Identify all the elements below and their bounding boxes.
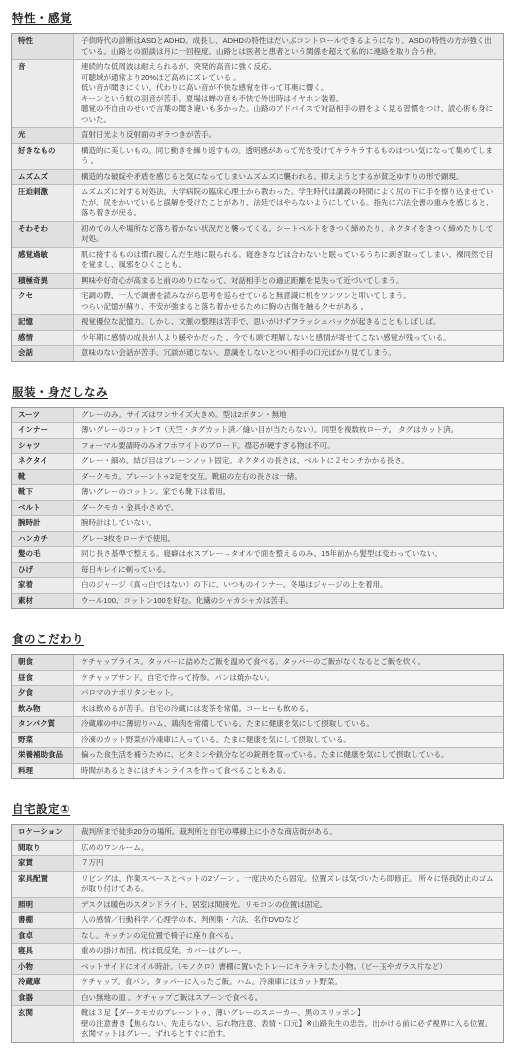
table-row: 特性 子供時代の診断はASDとADHD。成長し、ADHDの特性はだいぶコントロー… — [12, 34, 503, 59]
table-row: ロケーション 裁判所まで徒歩20分の場所。裁判所と自宅の導線上に小さな商店街があ… — [12, 825, 503, 840]
content-line: つらい記憶が蘇り、不安が強まると落ち着かせるために胸の古傷を触るクセがある 。 — [81, 302, 497, 313]
row-label: 飲み物 — [12, 702, 74, 717]
row-value: 水は飲めるが苦手。自宅の冷蔵には麦茶を常備。コーヒーも飲める。 — [74, 702, 503, 717]
row-value: ウール100、コットン100を好む。化繊のシャカシャカは苦手。 — [74, 594, 503, 609]
content-line: 広めのワンルーム。 — [81, 843, 497, 854]
table-row: スーツ グレーのみ。サイズはワンサイズ大きめ。型は2ボタン・無地 — [12, 408, 503, 423]
table-row: 光 直射日光より反射面のギラつきが苦手。 — [12, 127, 503, 143]
row-value: 薄いグレーのコットン。家でも靴下は着用。 — [74, 485, 503, 500]
table-row: 昼食 ケチャップサンド。自宅で作って持参。パンは焼かない。 — [12, 670, 503, 686]
attribute-table: 朝食 ケチャップライス。タッパーに詰めたご飯を温めて食べる。タッパーのご飯がなく… — [11, 654, 504, 779]
row-label: ロケーション — [12, 825, 74, 840]
table-row: ムズムズ 構造的な破綻や矛盾を感じると気になってしまいムズムズに襲われる。抑えよ… — [12, 169, 503, 185]
content-line: 偏った食生活を補うために、ビタミンや鉄分などの錠剤を買っている。たまに健康を気に… — [81, 750, 497, 761]
row-value: 重めの掛け布団。枕は低反発。カバーはグレー。 — [74, 944, 503, 959]
row-value: 少年期に感情の成長が人より緩やかだった 。今でも頭で理解しないと感情が寄せてこな… — [74, 331, 503, 346]
table-row: 料理 時間があるときにはチキンライスを作って食べることもある。 — [12, 763, 503, 779]
content-line: ケチャップサンド。自宅で作って持参。パンは焼かない。 — [81, 673, 497, 684]
content-line: 可聴域が通常より20%ほど高めにズレている 。 — [81, 73, 497, 84]
content-line: 初めての人や場所など落ち着かない状況だと襲ってくる。シートベルトをきつく締めたり… — [81, 224, 497, 245]
row-value: 毎日キレイに剃っている。 — [74, 563, 503, 578]
row-value: ベットサイドにオイル時計。（モノクロ）書棚に置いたトレーにキラキラした小物。（ビ… — [74, 960, 503, 975]
table-row: 靴 ダークモカ。プレーントゥ2足を交互。靴紐の左右の長さは一緒。 — [12, 469, 503, 485]
table-row: 小物 ベットサイドにオイル時計。（モノクロ）書棚に置いたトレーにキラキラした小物… — [12, 959, 503, 975]
row-label: 野菜 — [12, 733, 74, 748]
row-label: ネクタイ — [12, 454, 74, 469]
table-row: 照明 デスクは暖色のスタンドライト、居室は間接光。リモコンの位置は固定。 — [12, 897, 503, 913]
row-label: クセ — [12, 289, 74, 314]
row-value: 冷蔵庫の中に薄切りハム、鶏肉を常備している。たまに健康を気にして摂取している。 — [74, 717, 503, 732]
row-value: 構造的な破綻や矛盾を感じると気になってしまいムズムズに襲われる。抑えようとするが… — [74, 170, 503, 185]
row-label: インナー — [12, 423, 74, 438]
row-value: 白い無地の皿 。ケチャップご飯はスプーンで食べる。 — [74, 991, 503, 1006]
content-line: 壁の注意書き【焦らない、先走らない、忘れ物注意、表情・口元】※山路先生の忠告。出… — [81, 1019, 497, 1030]
table-row: 家具配置 リビングは、作業スペースとベットの2ゾーン 。一度決めたら固定。位置ズ… — [12, 871, 503, 897]
row-value: 白のジャージ（真っ白ではない）の下に、いつものインナー。冬場はジャージの上を着用… — [74, 578, 503, 593]
row-value: 肌に接するものは慣れ親しんだ生地に限られる。寝巻きなどは合わないと眠っているうち… — [74, 248, 503, 273]
row-value: 子供時代の診断はASDとADHD。成長し、ADHDの特性はだいぶコントロールでき… — [74, 34, 503, 59]
row-label: 小物 — [12, 960, 74, 975]
row-value: 興味や好奇心が高まると前のめりになって、対話相手との適正距離を見失って近づいてし… — [74, 274, 503, 289]
content-line: ムズムズに対する対処法。大学病院の臨床心理士から教わった。学生時代は講義の時間に… — [81, 187, 497, 219]
content-line: ケチャップライス。タッパーに詰めたご飯を温めて食べる。タッパーのご飯がなくなると… — [81, 657, 497, 668]
row-label: 髪の毛 — [12, 547, 74, 562]
row-label: 会話 — [12, 346, 74, 361]
table-row: 朝食 ケチャップライス。タッパーに詰めたご飯を温めて食べる。タッパーのご飯がなく… — [12, 655, 503, 670]
content-line: 薄いグレーのコットン。家でも靴下は着用。 — [81, 487, 497, 498]
row-value: フォーマル要請時のみオフホワイトのブロード。襟芯が硬すぎる物は不可。 — [74, 439, 503, 454]
row-value: なし。キッチンの定位置で椅子に座り食べる。 — [74, 929, 503, 944]
row-label: ムズムズ — [12, 170, 74, 185]
row-label: 照明 — [12, 898, 74, 913]
content-line: 直射日光より反射面のギラつきが苦手。 — [81, 130, 497, 141]
row-label: 素材 — [12, 594, 74, 609]
row-value: 広めのワンルーム。 — [74, 841, 503, 856]
content-line: 重めの掛け布団。枕は低反発。カバーはグレー。 — [81, 946, 497, 957]
content-line: なし。キッチンの定位置で椅子に座り食べる。 — [81, 931, 497, 942]
row-value: 人の感情／行動科学／心理学の本、判例集・六法、名作DVDなど — [74, 913, 503, 928]
sheet-section: 自宅設定① ロケーション 裁判所まで徒歩20分の場所。裁判所と自宅の導線上に小さ… — [11, 801, 504, 1043]
row-label: タンパク質 — [12, 717, 74, 732]
content-line: 腕時計はしていない。 — [81, 518, 497, 529]
row-label: 家具配置 — [12, 872, 74, 897]
content-line: ベットサイドにオイル時計。（モノクロ）書棚に置いたトレーにキラキラした小物。（ビ… — [81, 962, 497, 973]
row-value: ムズムズに対する対処法。大学病院の臨床心理士から教わった。学生時代は講義の時間に… — [74, 185, 503, 221]
table-row: 家着 白のジャージ（真っ白ではない）の下に、いつものインナー。冬場はジャージの上… — [12, 577, 503, 593]
row-label: 家着 — [12, 578, 74, 593]
table-row: ひげ 毎日キレイに剃っている。 — [12, 562, 503, 578]
table-row: ベルト ダークモカ・金具小さめで。 — [12, 500, 503, 516]
row-value: 同じ長さ基準で整える。寝癖は水スプレー→タオルで面を整えるのみ。15年前から髪型… — [74, 547, 503, 562]
row-label: 音 — [12, 60, 74, 127]
sheet-section: 食のこだわり 朝食 ケチャップライス。タッパーに詰めたご飯を温めて食べる。タッパ… — [11, 631, 504, 779]
content-line: 意味のない会話が苦手。冗談が通じない。意識をしないとつい相手の口元ばかり見てしま… — [81, 348, 497, 359]
table-row: 感情 少年期に感情の成長が人より緩やかだった 。今でも頭で理解しないと感情が寄せ… — [12, 330, 503, 346]
row-label: そわそわ — [12, 222, 74, 247]
content-line: 構造的に美しいもの。同じ動きを繰り返すもの。透明感があって光を受けてキラキラする… — [81, 146, 497, 167]
row-value: ダークモカ。プレーントゥ2足を交互。靴紐の左右の長さは一緒。 — [74, 470, 503, 485]
table-row: インナー 薄いグレーのコットンT（天竺・タグカット済／縫い目が当たらない）。同型… — [12, 422, 503, 438]
content-line: 宅調の際、一人で調書を読みながら思考を巡らせていると無意識に机をツンツンと叩いて… — [81, 291, 497, 302]
row-value: ケチャップサンド。自宅で作って持参。パンは焼かない。 — [74, 671, 503, 686]
content-line: グレーのみ。サイズはワンサイズ大きめ。型は2ボタン・無地 — [81, 410, 497, 421]
row-label: 靴 — [12, 470, 74, 485]
row-label: 料理 — [12, 764, 74, 779]
row-label: 特性 — [12, 34, 74, 59]
row-value: 宅調の際、一人で調書を読みながら思考を巡らせていると無意識に机をツンツンと叩いて… — [74, 289, 503, 314]
row-label: 積極奇異 — [12, 274, 74, 289]
table-row: 冷蔵庫 ケチャップ。食パン。タッパーに入ったご飯。ハム。冷凍庫にはカット野菜。 — [12, 974, 503, 990]
row-label: ハンカチ — [12, 532, 74, 547]
table-row: 食卓 なし。キッチンの定位置で椅子に座り食べる。 — [12, 928, 503, 944]
row-label: 朝食 — [12, 655, 74, 670]
table-row: 音 連続的な低周波は耐えられるが、突発的高音に強く反応。可聴域が通常より20%ほ… — [12, 59, 503, 127]
content-line: 興味や好奇心が高まると前のめりになって、対話相手との適正距離を見失って近づいてし… — [81, 276, 497, 287]
content-line: 少年期に感情の成長が人より緩やかだった 。今でも頭で理解しないと感情が寄せてこな… — [81, 333, 497, 344]
row-value: リビングは、作業スペースとベットの2ゾーン 。一度決めたら固定。位置ズレは気づい… — [74, 872, 503, 897]
content-line: 靴は３足【ダークモカのプレーントゥ、薄いグレーのスニーカー、黒のスリッポン】 — [81, 1008, 497, 1019]
content-line: 水は飲めるが苦手。自宅の冷蔵には麦茶を常備。コーヒーも飲める。 — [81, 704, 497, 715]
content-line: 人の感情／行動科学／心理学の本、判例集・六法、名作DVDなど — [81, 915, 497, 926]
content-line: グレー・細め。結び目はプレーンノット固定。ネクタイの長さは、ベルトに２センチかか… — [81, 456, 497, 467]
row-value: 偏った食生活を補うために、ビタミンや鉄分などの錠剤を買っている。たまに健康を気に… — [74, 748, 503, 763]
row-value: 冷凍のカット野菜が冷凍庫に入っている。たまに健康を気にして摂取している。 — [74, 733, 503, 748]
row-label: 靴下 — [12, 485, 74, 500]
row-label: シャツ — [12, 439, 74, 454]
table-row: 家賃 ７万円 — [12, 855, 503, 871]
row-value: 薄いグレーのコットンT（天竺・タグカット済／縫い目が当たらない）。同型を複数枚ロ… — [74, 423, 503, 438]
row-label: 書棚 — [12, 913, 74, 928]
table-row: 食器 白い無地の皿 。ケチャップご飯はスプーンで食べる。 — [12, 990, 503, 1006]
row-value: ケチャップ。食パン。タッパーに入ったご飯。ハム。冷凍庫にはカット野菜。 — [74, 975, 503, 990]
section-title: 食のこだわり — [12, 631, 504, 647]
content-line: 同じ長さ基準で整える。寝癖は水スプレー→タオルで面を整えるのみ。15年前から髪型… — [81, 549, 497, 560]
row-label: 寝具 — [12, 944, 74, 959]
row-value: ７万円 — [74, 856, 503, 871]
row-label: ベルト — [12, 501, 74, 516]
sheet-section: 特性・感覚 特性 子供時代の診断はASDとADHD。成長し、ADHDの特性はだい… — [11, 10, 504, 362]
row-label: 光 — [12, 128, 74, 143]
content-line: 子供時代の診断はASDとADHD。成長し、ADHDの特性はだいぶコントロールでき… — [81, 36, 497, 57]
content-line: ダークモカ・金具小さめで。 — [81, 503, 497, 514]
table-row: 圧迫刺激 ムズムズに対する対処法。大学病院の臨床心理士から教わった。学生時代は講… — [12, 184, 503, 221]
row-value: 裁判所まで徒歩20分の場所。裁判所と自宅の導線上に小さな商店街がある。 — [74, 825, 503, 840]
row-value: 意味のない会話が苦手。冗談が通じない。意識をしないとつい相手の口元ばかり見てしま… — [74, 346, 503, 361]
content-line: 裁判所まで徒歩20分の場所。裁判所と自宅の導線上に小さな商店街がある。 — [81, 827, 497, 838]
character-sheet: 特性・感覚 特性 子供時代の診断はASDとADHD。成長し、ADHDの特性はだい… — [0, 0, 513, 1059]
table-row: 間取り 広めのワンルーム。 — [12, 840, 503, 856]
attribute-table: ロケーション 裁判所まで徒歩20分の場所。裁判所と自宅の導線上に小さな商店街があ… — [11, 824, 504, 1043]
row-value: 連続的な低周波は耐えられるが、突発的高音に強く反応。可聴域が通常より20%ほど高… — [74, 60, 503, 127]
table-row: ネクタイ グレー・細め。結び目はプレーンノット固定。ネクタイの長さは、ベルトに２… — [12, 453, 503, 469]
content-line: 時間があるときにはチキンライスを作って食べることもある。 — [81, 766, 497, 777]
row-label: 冷蔵庫 — [12, 975, 74, 990]
content-line: 構造的な破綻や矛盾を感じると気になってしまいムズムズに襲われる。抑えようとするが… — [81, 172, 497, 183]
table-row: 夕食 パロマのナポリタンセット。 — [12, 685, 503, 701]
content-line: 白のジャージ（真っ白ではない）の下に、いつものインナー。冬場はジャージの上を着用… — [81, 580, 497, 591]
row-label: 昼食 — [12, 671, 74, 686]
row-value: 靴は３足【ダークモカのプレーントゥ、薄いグレーのスニーカー、黒のスリッポン】壁の… — [74, 1006, 503, 1042]
table-row: 栄養補助食品 偏った食生活を補うために、ビタミンや鉄分などの錠剤を買っている。た… — [12, 747, 503, 763]
content-line: 冷蔵庫の中に薄切りハム、鶏肉を常備している。たまに健康を気にして摂取している。 — [81, 719, 497, 730]
content-line: キーンという蚊の羽音が苦手。夏場は蝉の音も不快で外出時はイヤホン装着。 — [81, 94, 497, 105]
table-row: シャツ フォーマル要請時のみオフホワイトのブロード。襟芯が硬すぎる物は不可。 — [12, 438, 503, 454]
content-line: フォーマル要請時のみオフホワイトのブロード。襟芯が硬すぎる物は不可。 — [81, 441, 497, 452]
table-row: 髪の毛 同じ長さ基準で整える。寝癖は水スプレー→タオルで面を整えるのみ。15年前… — [12, 546, 503, 562]
content-line: 聴覚の不自由のせいで言葉の聞き違いも多かった。山路のアドバイスで対話相手の唇をよ… — [81, 104, 497, 125]
row-label: ひげ — [12, 563, 74, 578]
row-label: 感情 — [12, 331, 74, 346]
row-value: 視覚優位な記憶力。しかし、文脈の整理は苦手で、思いがけずフラッシュバックが起きる… — [74, 315, 503, 330]
row-label: 記憶 — [12, 315, 74, 330]
sheet-section: 服装・身だしなみ スーツ グレーのみ。サイズはワンサイズ大きめ。型は2ボタン・無… — [11, 384, 504, 610]
row-label: 食器 — [12, 991, 74, 1006]
attribute-table: 特性 子供時代の診断はASDとADHD。成長し、ADHDの特性はだいぶコントロー… — [11, 33, 504, 362]
row-label: 圧迫刺激 — [12, 185, 74, 221]
content-line: 低い音が聞きにくい。代わりに高い音が不快な感覚を伴って耳奥に響く。 — [81, 83, 497, 94]
row-label: スーツ — [12, 408, 74, 423]
table-row: 書棚 人の感情／行動科学／心理学の本、判例集・六法、名作DVDなど — [12, 912, 503, 928]
content-line: ７万円 — [81, 858, 497, 869]
table-row: 感覚過敏 肌に接するものは慣れ親しんだ生地に限られる。寝巻きなどは合わないと眠っ… — [12, 247, 503, 273]
row-label: 夕食 — [12, 686, 74, 701]
row-label: 間取り — [12, 841, 74, 856]
content-line: 肌に接するものは慣れ親しんだ生地に限られる。寝巻きなどは合わないと眠っているうち… — [81, 250, 497, 271]
attribute-table: スーツ グレーのみ。サイズはワンサイズ大きめ。型は2ボタン・無地 インナー 薄い… — [11, 407, 504, 610]
table-row: 靴下 薄いグレーのコットン。家でも靴下は着用。 — [12, 484, 503, 500]
row-label: 家賃 — [12, 856, 74, 871]
section-title: 服装・身だしなみ — [12, 384, 504, 400]
table-row: ハンカチ グレー3枚をローテで使用。 — [12, 531, 503, 547]
row-value: ダークモカ・金具小さめで。 — [74, 501, 503, 516]
table-row: 玄関 靴は３足【ダークモカのプレーントゥ、薄いグレーのスニーカー、黒のスリッポン… — [12, 1005, 503, 1042]
row-value: パロマのナポリタンセット。 — [74, 686, 503, 701]
row-value: グレー3枚をローテで使用。 — [74, 532, 503, 547]
row-value: グレー・細め。結び目はプレーンノット固定。ネクタイの長さは、ベルトに２センチかか… — [74, 454, 503, 469]
content-line: ダークモカ。プレーントゥ2足を交互。靴紐の左右の長さは一緒。 — [81, 472, 497, 483]
table-row: 積極奇異 興味や好奇心が高まると前のめりになって、対話相手との適正距離を見失って… — [12, 273, 503, 289]
row-value: 構造的に美しいもの。同じ動きを繰り返すもの。透明感があって光を受けてキラキラする… — [74, 144, 503, 169]
row-value: 初めての人や場所など落ち着かない状況だと襲ってくる。シートベルトをきつく締めたり… — [74, 222, 503, 247]
content-line: 薄いグレーのコットンT（天竺・タグカット済／縫い目が当たらない）。同型を複数枚ロ… — [81, 425, 497, 436]
table-row: そわそわ 初めての人や場所など落ち着かない状況だと襲ってくる。シートベルトをきつ… — [12, 221, 503, 247]
table-row: 記憶 視覚優位な記憶力。しかし、文脈の整理は苦手で、思いがけずフラッシュバックが… — [12, 314, 503, 330]
table-row: 会話 意味のない会話が苦手。冗談が通じない。意識をしないとつい相手の口元ばかり見… — [12, 345, 503, 361]
table-row: クセ 宅調の際、一人で調書を読みながら思考を巡らせていると無意識に机をツンツンと… — [12, 288, 503, 314]
row-value: ケチャップライス。タッパーに詰めたご飯を温めて食べる。タッパーのご飯がなくなると… — [74, 655, 503, 670]
content-line: 毎日キレイに剃っている。 — [81, 565, 497, 576]
content-line: ケチャップ。食パン。タッパーに入ったご飯。ハム。冷凍庫にはカット野菜。 — [81, 977, 497, 988]
table-row: 素材 ウール100、コットン100を好む。化繊のシャカシャカは苦手。 — [12, 593, 503, 609]
row-value: 腕時計はしていない。 — [74, 516, 503, 531]
row-label: 腕時計 — [12, 516, 74, 531]
content-line: ウール100、コットン100を好む。化繊のシャカシャカは苦手。 — [81, 596, 497, 607]
content-line: 冷凍のカット野菜が冷凍庫に入っている。たまに健康を気にして摂取している。 — [81, 735, 497, 746]
content-line: 連続的な低周波は耐えられるが、突発的高音に強く反応。 — [81, 62, 497, 73]
row-value: デスクは暖色のスタンドライト、居室は間接光。リモコンの位置は固定。 — [74, 898, 503, 913]
table-row: 腕時計 腕時計はしていない。 — [12, 515, 503, 531]
table-row: 野菜 冷凍のカット野菜が冷凍庫に入っている。たまに健康を気にして摂取している。 — [12, 732, 503, 748]
content-line: リビングは、作業スペースとベットの2ゾーン 。一度決めたら固定。位置ズレは気づい… — [81, 874, 497, 895]
content-line: グレー3枚をローテで使用。 — [81, 534, 497, 545]
row-label: 玄関 — [12, 1006, 74, 1042]
content-line: 白い無地の皿 。ケチャップご飯はスプーンで食べる。 — [81, 993, 497, 1004]
content-line: デスクは暖色のスタンドライト、居室は間接光。リモコンの位置は固定。 — [81, 900, 497, 911]
section-title: 特性・感覚 — [12, 10, 504, 26]
row-value: 直射日光より反射面のギラつきが苦手。 — [74, 128, 503, 143]
section-title: 自宅設定① — [12, 801, 504, 817]
content-line: 玄関マットはグレー。ずれるとすぐに治す。 — [81, 1029, 497, 1040]
row-value: グレーのみ。サイズはワンサイズ大きめ。型は2ボタン・無地 — [74, 408, 503, 423]
table-row: タンパク質 冷蔵庫の中に薄切りハム、鶏肉を常備している。たまに健康を気にして摂取… — [12, 716, 503, 732]
row-label: 感覚過敏 — [12, 248, 74, 273]
content-line: パロマのナポリタンセット。 — [81, 688, 497, 699]
row-label: 好きなもの — [12, 144, 74, 169]
table-row: 飲み物 水は飲めるが苦手。自宅の冷蔵には麦茶を常備。コーヒーも飲める。 — [12, 701, 503, 717]
row-label: 食卓 — [12, 929, 74, 944]
content-line: 視覚優位な記憶力。しかし、文脈の整理は苦手で、思いがけずフラッシュバックが起きる… — [81, 317, 497, 328]
row-label: 栄養補助食品 — [12, 748, 74, 763]
table-row: 寝具 重めの掛け布団。枕は低反発。カバーはグレー。 — [12, 943, 503, 959]
row-value: 時間があるときにはチキンライスを作って食べることもある。 — [74, 764, 503, 779]
table-row: 好きなもの 構造的に美しいもの。同じ動きを繰り返すもの。透明感があって光を受けて… — [12, 143, 503, 169]
